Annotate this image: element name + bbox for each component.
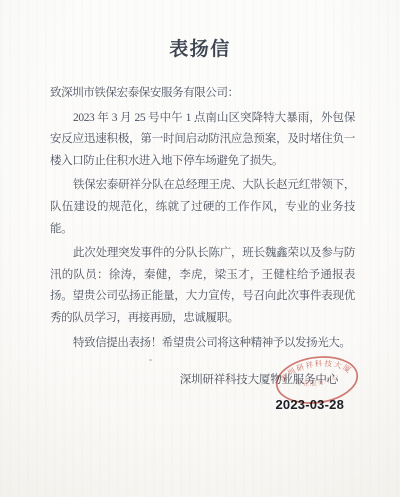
scan-speck (149, 359, 152, 361)
letter-paragraph: 特致信提出表扬！希望贵公司将这种精神予以发扬光大。 (50, 333, 355, 355)
letter-title: 表扬信 (0, 34, 400, 61)
letter-salutation: 致深圳市铁保宏泰保安服务有限公司： (50, 83, 355, 105)
signature-org-name: 深圳研祥科技大厦物业服务中心 (180, 371, 338, 387)
letter-paragraph: 铁保宏泰研祥分队在总经理王虎、大队长赵元红带领下，队伍建设的规范化，练就了过硬的… (50, 175, 355, 240)
scanned-letter-page: 表扬信 致深圳市铁保宏泰保安服务有限公司： 2023 年 3 月 25 号中午 … (0, 0, 400, 497)
letter-body: 致深圳市铁保宏泰保安服务有限公司： 2023 年 3 月 25 号中午 1 点南… (50, 83, 355, 354)
letter-paragraph: 2023 年 3 月 25 号中午 1 点南山区突降特大暴雨，外包保安反应迅速积… (50, 108, 355, 173)
letter-paragraph: 此次处理突发事件的分队长陈广，班长魏鑫荣以及参与防汛的队员：徐涛，秦健，李虎，梁… (50, 243, 355, 329)
scan-speck (112, 344, 114, 346)
signature-date: 2023-03-28 (276, 397, 345, 412)
